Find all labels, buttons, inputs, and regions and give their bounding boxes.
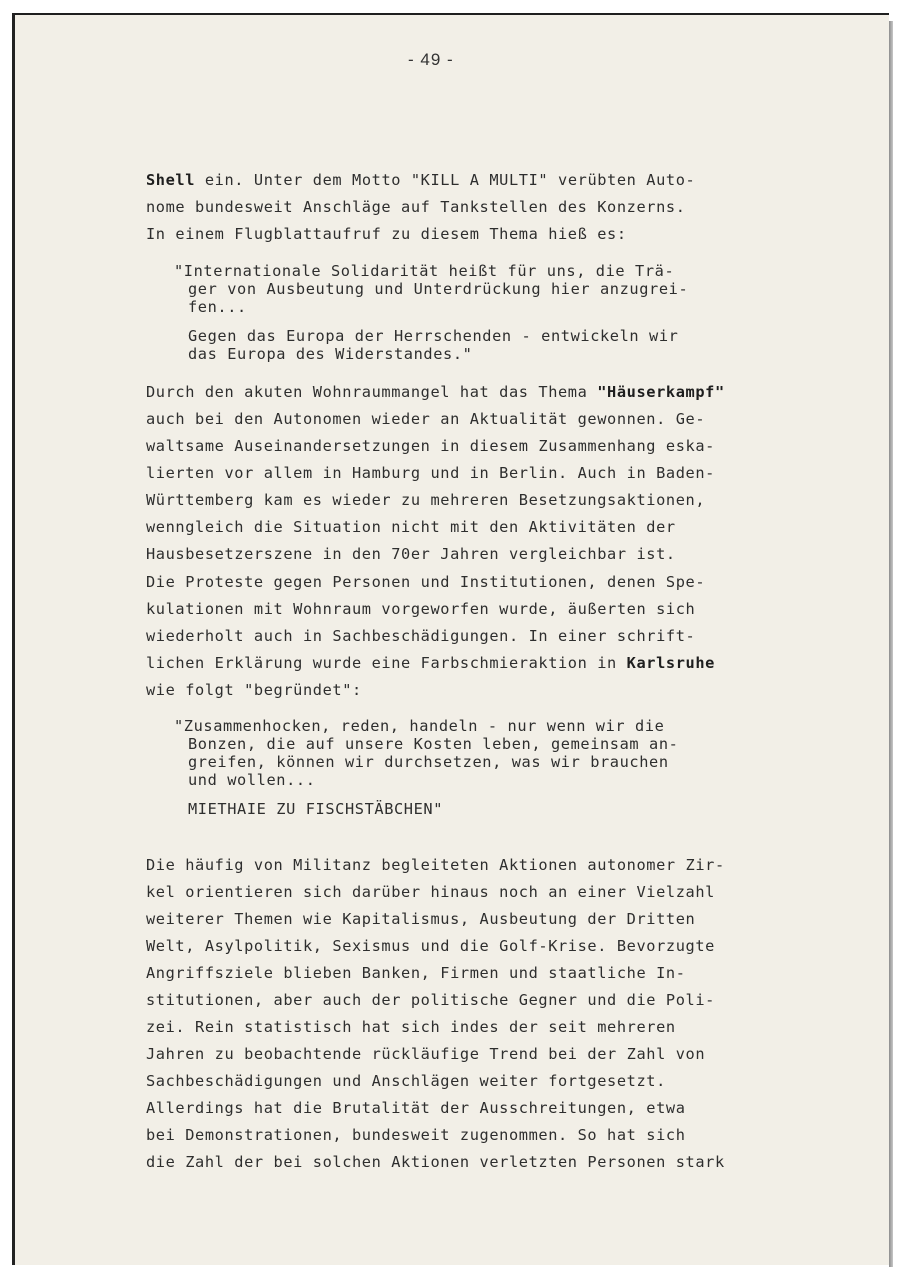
text-line: weiterer Themen wie Kapitalismus, Ausbeu… (146, 910, 695, 928)
text-line: Durch den akuten Wohnraummangel hat das … (146, 383, 725, 401)
bold-term: "Häuserkampf" (597, 383, 725, 401)
quote-line: Bonzen, die auf unsere Kosten leben, gem… (188, 735, 678, 753)
text-line: wenngleich die Situation nicht mit den A… (146, 518, 676, 536)
quote-line: das Europa des Widerstandes." (188, 345, 472, 363)
text-line: waltsame Auseinandersetzungen in diesem … (146, 437, 715, 455)
text-line: zei. Rein statistisch hat sich indes der… (146, 1018, 676, 1036)
text-line: kel orientieren sich darüber hinaus noch… (146, 883, 715, 901)
text-line: die Zahl der bei solchen Aktionen verlet… (146, 1153, 725, 1171)
quote-line: und wollen... (188, 771, 316, 789)
text-line: Jahren zu beobachtende rückläufige Trend… (146, 1045, 705, 1063)
text-line: Shell ein. Unter dem Motto "KILL A MULTI… (146, 171, 695, 189)
text-line: Württemberg kam es wieder zu mehreren Be… (146, 491, 705, 509)
quote-line: "Internationale Solidarität heißt für un… (174, 262, 674, 280)
quote-line: Gegen das Europa der Herrschenden - entw… (188, 327, 678, 345)
bold-term: Shell (146, 171, 195, 189)
text-line: kulationen mit Wohnraum vorgeworfen wurd… (146, 600, 695, 618)
quote-line: greifen, können wir durchsetzen, was wir… (188, 753, 669, 771)
quote-line: fen... (188, 298, 247, 316)
quote-line: ger von Ausbeutung und Unterdrückung hie… (188, 280, 688, 298)
text-line: nome bundesweit Anschläge auf Tankstelle… (146, 198, 686, 216)
page-number: - 49 - (408, 50, 454, 70)
text-line: wie folgt "begründet": (146, 681, 362, 699)
text-line: auch bei den Autonomen wieder an Aktuali… (146, 410, 705, 428)
text-line: Die Proteste gegen Personen und Institut… (146, 573, 705, 591)
quote-line: "Zusammenhocken, reden, handeln - nur we… (174, 717, 664, 735)
text-line: lichen Erklärung wurde eine Farbschmiera… (146, 654, 715, 672)
text-line: Allerdings hat die Brutalität der Aussch… (146, 1099, 686, 1117)
text-line: Welt, Asylpolitik, Sexismus und die Golf… (146, 937, 715, 955)
text-line: Hausbesetzerszene in den 70er Jahren ver… (146, 545, 676, 563)
text-line: stitutionen, aber auch der politische Ge… (146, 991, 715, 1009)
text-line: Die häufig von Militanz begleiteten Akti… (146, 856, 725, 874)
text-line: Angriffsziele blieben Banken, Firmen und… (146, 964, 686, 982)
text-line: In einem Flugblattaufruf zu diesem Thema… (146, 225, 627, 243)
bold-term: Karlsruhe (627, 654, 715, 672)
text-line: bei Demonstrationen, bundesweit zugenomm… (146, 1126, 686, 1144)
text-line: Sachbeschädigungen und Anschlägen weiter… (146, 1072, 666, 1090)
text-line: lierten vor allem in Hamburg und in Berl… (146, 464, 715, 482)
text-line: wiederholt auch in Sachbeschädigungen. I… (146, 627, 695, 645)
quote-line: MIETHAIE ZU FISCHSTÄBCHEN" (188, 800, 443, 818)
